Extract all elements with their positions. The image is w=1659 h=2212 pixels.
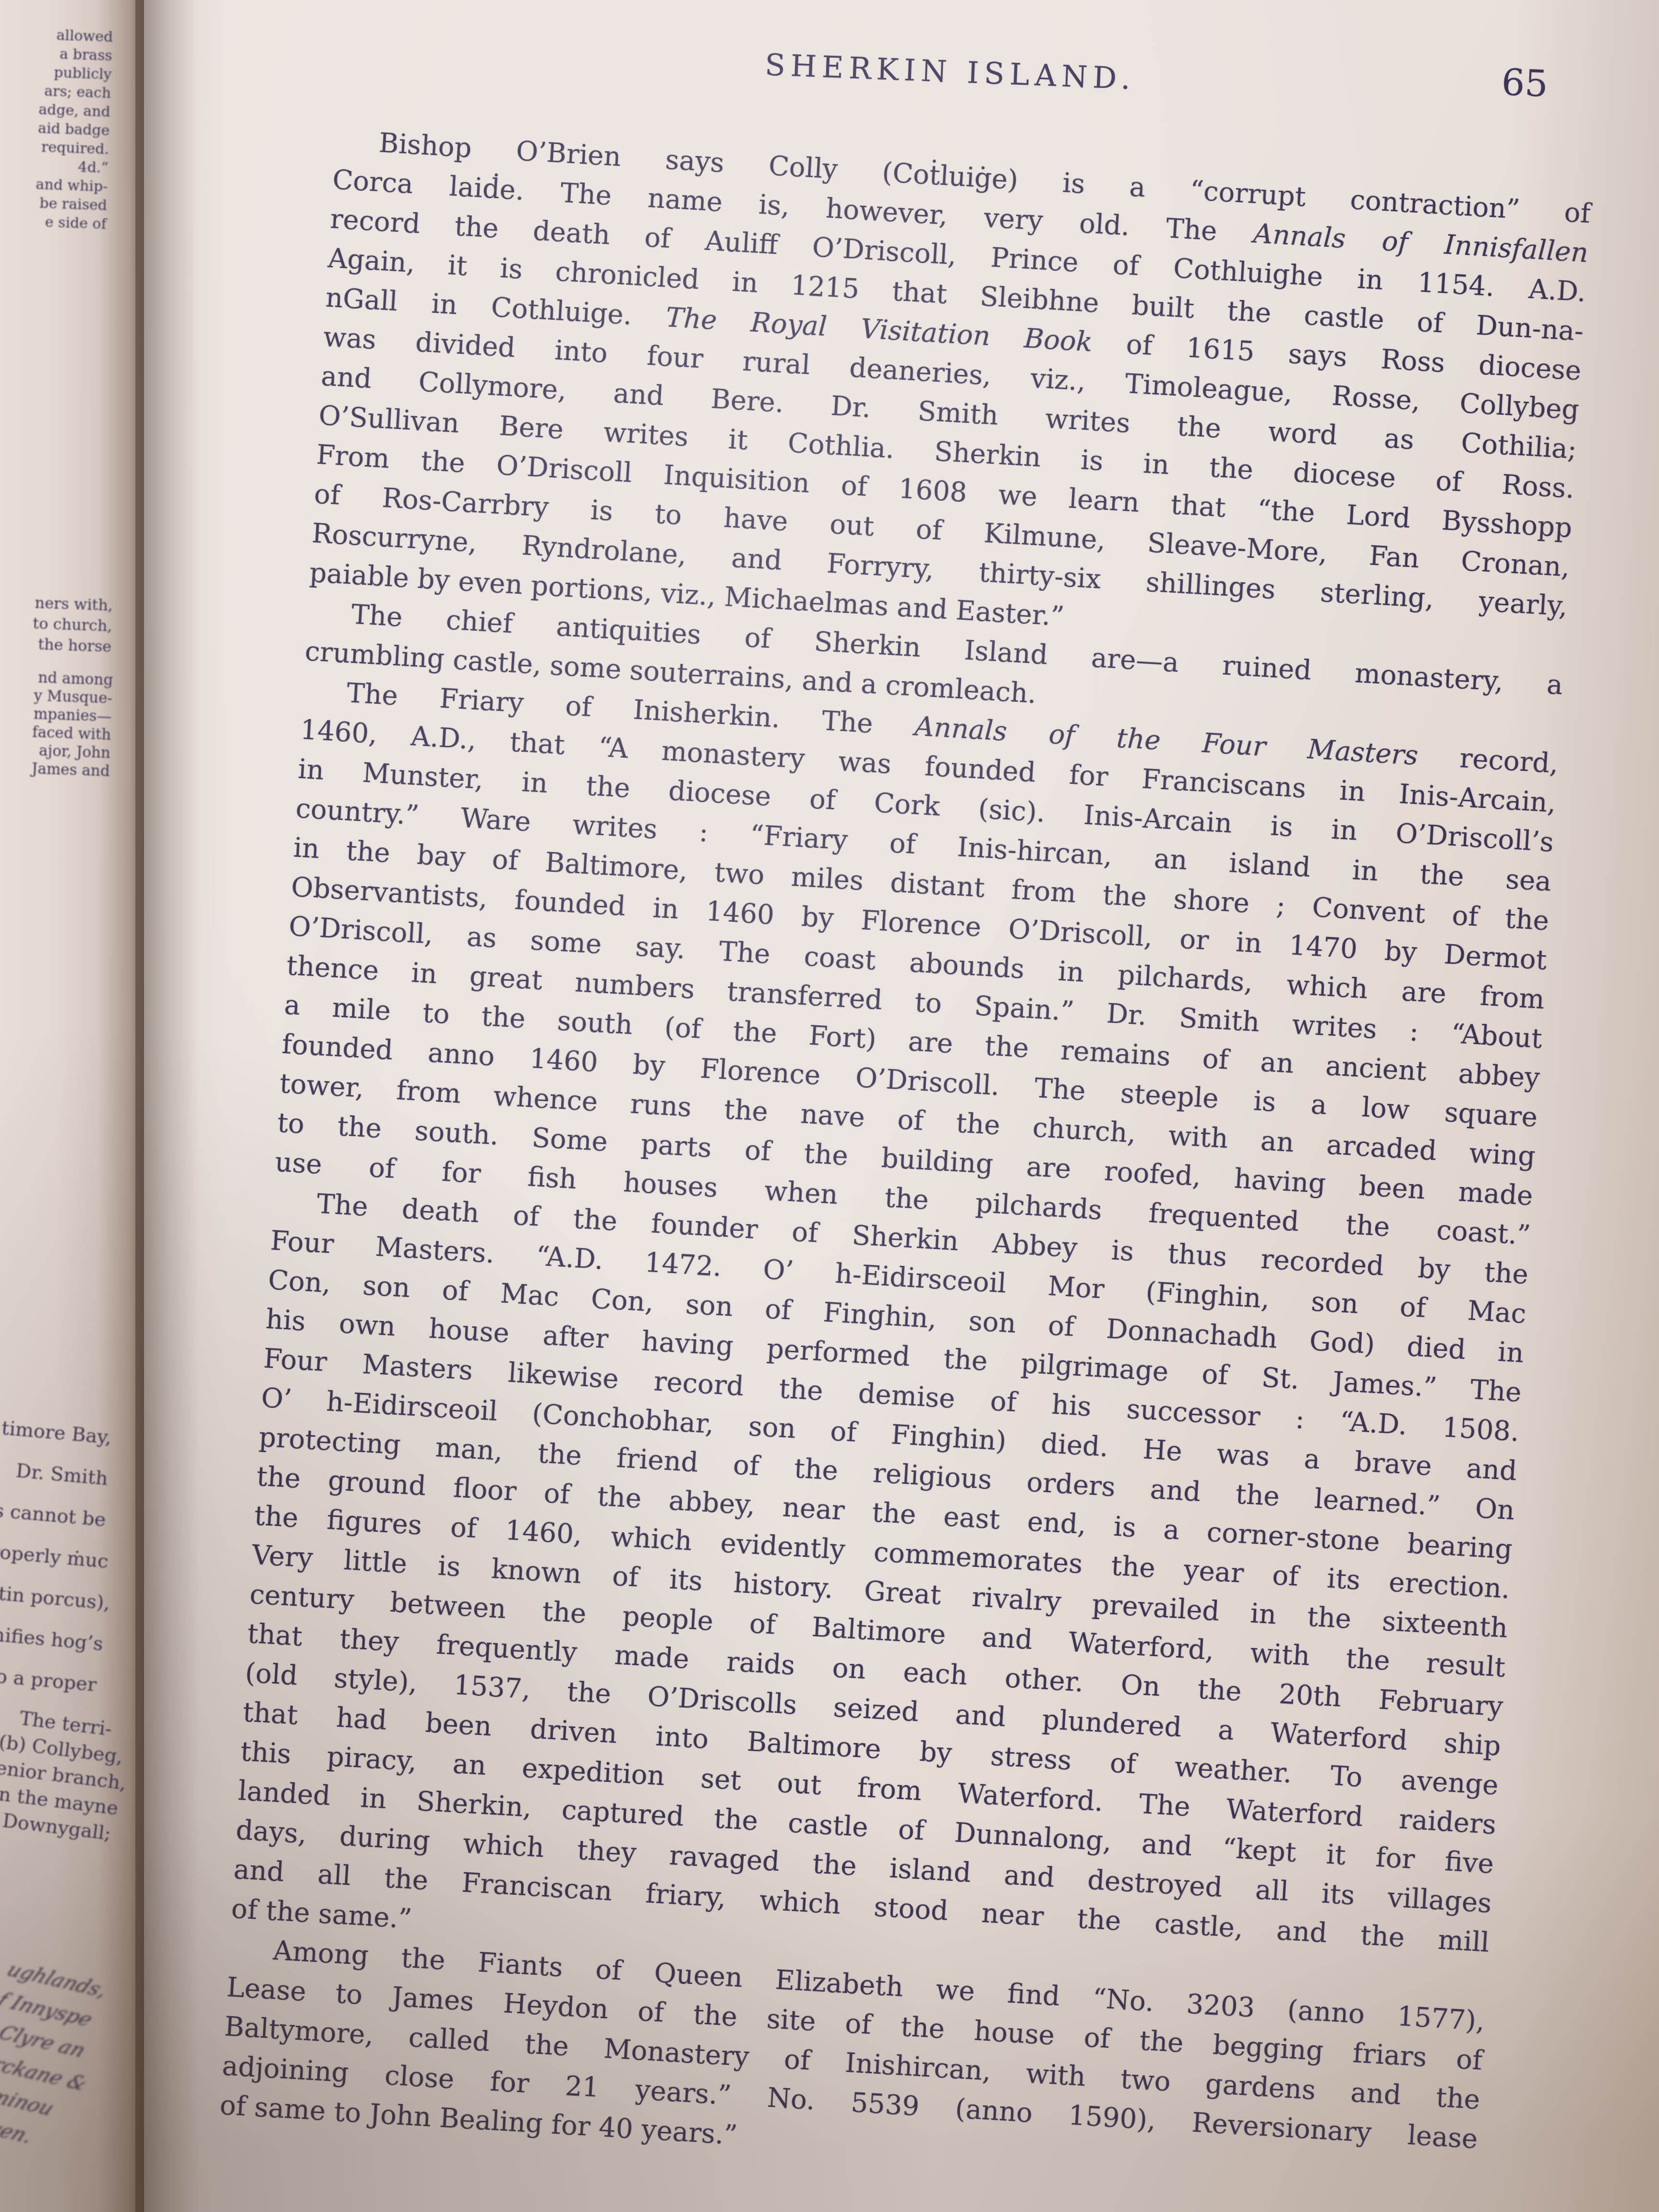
left-page-fragment: the horse xyxy=(1,633,112,657)
left-page-fragment-group: nd amongy Musque-mpanies—faced withajor,… xyxy=(0,667,113,781)
book-photo: alloweda brasspubliclyars; eachadge, and… xyxy=(0,0,1659,2212)
right-page: SHERKIN ISLAND. 65 Bishop O’Brien says C… xyxy=(144,0,1659,2212)
left-page-fragment-group: The terri-(b) Collybeg,enior branch,in t… xyxy=(0,1703,113,1845)
left-page-fragment-group: ners with,to church,the horse xyxy=(1,591,113,657)
paragraph: The death of the founder of Sherkin Abbe… xyxy=(230,1182,1530,2002)
left-page-fragment-group: alloweda brasspubliclyars; eachadge, and… xyxy=(0,24,113,234)
left-page-fragment-group: timore Bay,Dr. Smiths cannot beroperly ṁ… xyxy=(0,1407,113,1705)
page-title: SHERKIN ISLAND. xyxy=(764,47,1136,96)
paragraph: The Friary of Inisherkin. The Annals of … xyxy=(274,671,1560,1255)
paragraph: Bishop O’Brien says Colly (Coṫluiġe) is … xyxy=(308,121,1591,666)
left-page: alloweda brasspubliclyars; eachadge, and… xyxy=(0,0,144,2212)
page-text: Bishop O’Brien says Colly (Coṫluiġe) is … xyxy=(219,121,1592,2199)
left-page-fragment: e side of xyxy=(0,211,107,234)
left-page-fragment: James and xyxy=(0,758,110,781)
left-page-fragment-group: ughlands,f Innyspend Clyre anyshirckane … xyxy=(0,1952,113,2151)
page-number: 65 xyxy=(1501,60,1549,105)
